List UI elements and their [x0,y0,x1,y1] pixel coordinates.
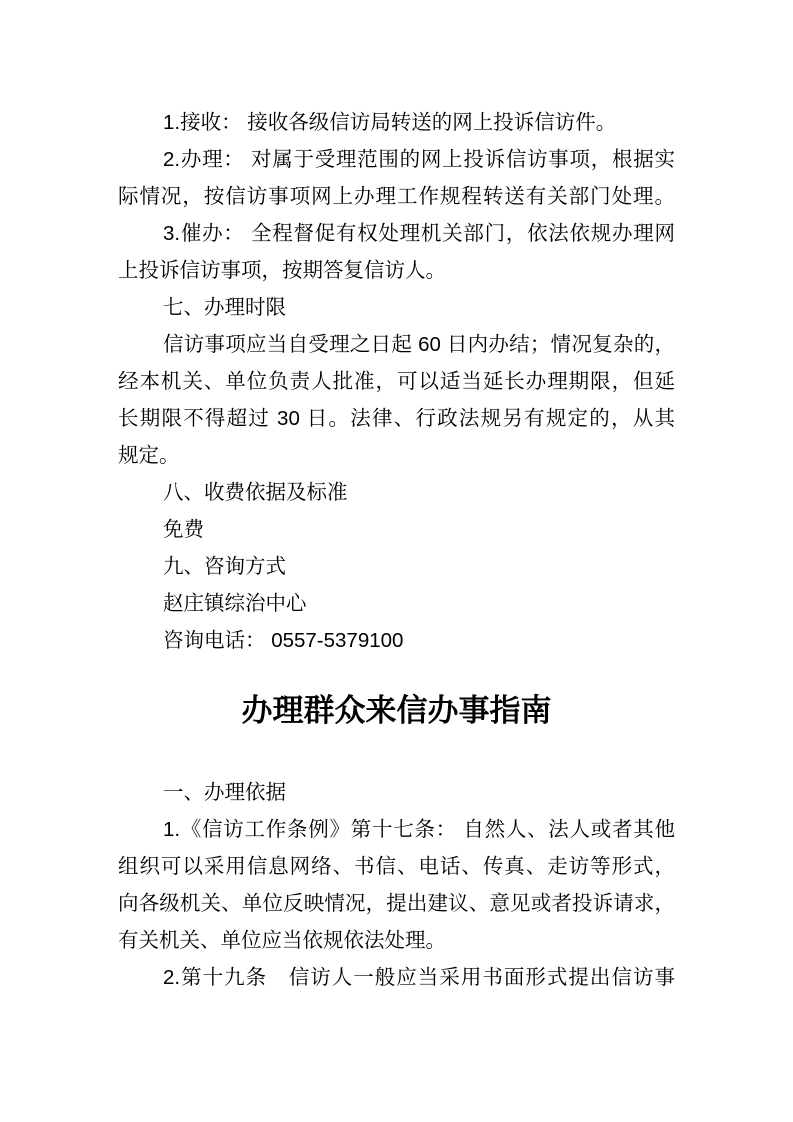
paragraph: 咨询电话： 0557-5379100 [118,622,675,659]
paragraph: 免费 [118,511,675,548]
paragraph: 一、办理依据 [118,774,675,811]
document-title: 办理群众来信办事指南 [118,687,675,735]
document-body: 1.接收： 接收各级信访局转送的网上投诉信访件。2.办理： 对属于受理范围的网上… [118,104,675,996]
text-line: 长期限不得超过 30 日。法律、行政法规另有规定的，从其 [118,400,675,437]
paragraph: 赵庄镇综治中心 [118,585,675,622]
text-line: 上投诉信访事项，按期答复信访人。 [118,252,675,289]
paragraph: 2.办理： 对属于受理范围的网上投诉信访事项，根据实际情况，按信访事项网上办理工… [118,141,675,215]
paragraph: 2.第十九条 信访人一般应当采用书面形式提出信访事 [118,959,675,996]
text-line: 赵庄镇综治中心 [118,585,675,622]
text-line: 3.催办： 全程督促有权处理机关部门，依法依规办理网 [118,215,675,252]
paragraph: 七、办理时限 [118,289,675,326]
text-line: 组织可以采用信息网络、书信、电话、传真、走访等形式， [118,848,675,885]
paragraph: 1.《信访工作条例》第十七条： 自然人、法人或者其他组织可以采用信息网络、书信、… [118,811,675,959]
paragraph: 3.催办： 全程督促有权处理机关部门，依法依规办理网上投诉信访事项，按期答复信访… [118,215,675,289]
text-line: 2.第十九条 信访人一般应当采用书面形式提出信访事 [118,959,675,996]
text-line: 八、收费依据及标准 [118,474,675,511]
text-line: 免费 [118,511,675,548]
text-line: 1.《信访工作条例》第十七条： 自然人、法人或者其他 [118,811,675,848]
text-line: 一、办理依据 [118,774,675,811]
text-line: 有关机关、单位应当依规依法处理。 [118,922,675,959]
document-page: 1.接收： 接收各级信访局转送的网上投诉信访件。2.办理： 对属于受理范围的网上… [0,0,793,1122]
paragraph: 九、咨询方式 [118,548,675,585]
text-line: 规定。 [118,437,675,474]
text-line: 信访事项应当自受理之日起 60 日内办结；情况复杂的， [118,326,675,363]
text-line: 2.办理： 对属于受理范围的网上投诉信访事项，根据实 [118,141,675,178]
text-line: 1.接收： 接收各级信访局转送的网上投诉信访件。 [118,104,675,141]
paragraph: 1.接收： 接收各级信访局转送的网上投诉信访件。 [118,104,675,141]
text-line: 九、咨询方式 [118,548,675,585]
text-line: 经本机关、单位负责人批准，可以适当延长办理期限，但延 [118,363,675,400]
text-line: 七、办理时限 [118,289,675,326]
text-line: 咨询电话： 0557-5379100 [118,622,675,659]
paragraph: 信访事项应当自受理之日起 60 日内办结；情况复杂的，经本机关、单位负责人批准，… [118,326,675,474]
text-line: 向各级机关、单位反映情况，提出建议、意见或者投诉请求， [118,885,675,922]
paragraph: 八、收费依据及标准 [118,474,675,511]
text-line: 际情况，按信访事项网上办理工作规程转送有关部门处理。 [118,178,675,215]
